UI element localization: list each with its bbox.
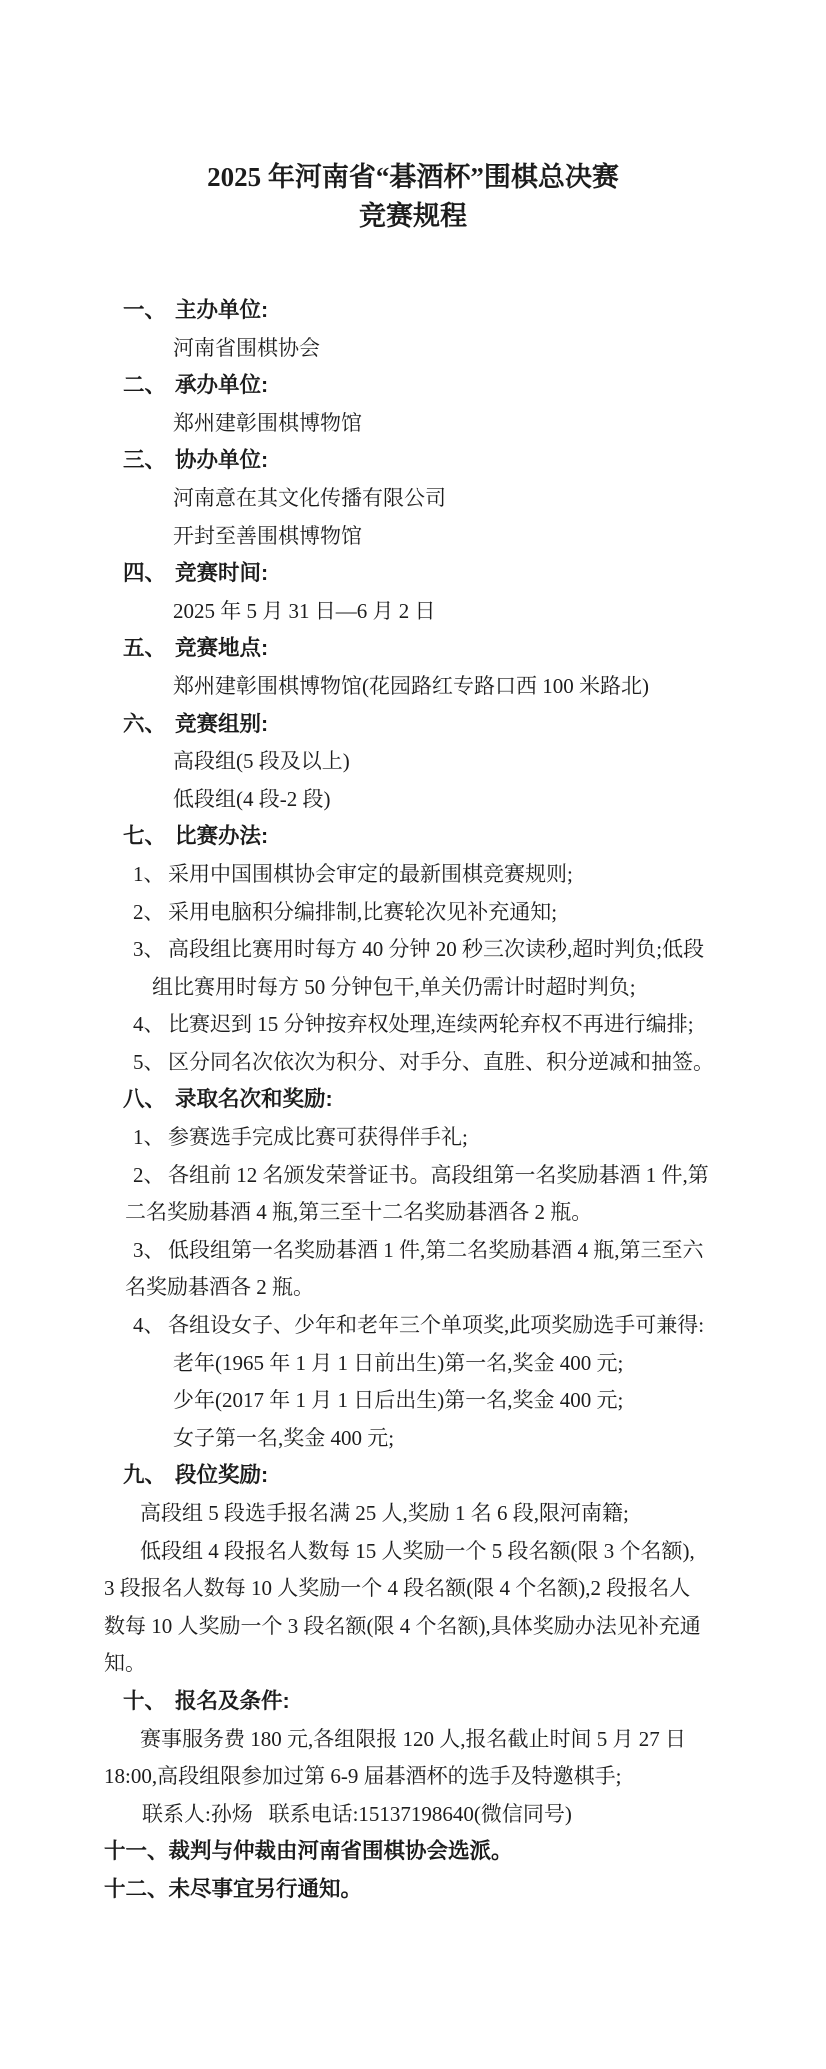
section-number: 三、	[123, 442, 175, 480]
section-number: 九、	[123, 1457, 175, 1495]
section-heading-5: 五、竞赛地点:	[0, 630, 826, 668]
item-number: 1、	[133, 1119, 168, 1157]
title-line-1: 2025 年河南省“碁酒杯”围棋总决赛	[0, 158, 826, 197]
list-item: 1、参赛选手完成比赛可获得伴手礼;	[0, 1119, 826, 1157]
text-line: 低段组 4 段报名人数每 15 人奖励一个 5 段名额(限 3 个名额),	[0, 1533, 826, 1571]
section-number: 二、	[123, 367, 175, 405]
section-heading-12: 十二、未尽事宜另行通知。	[0, 1871, 826, 1909]
text-line: 高段组 5 段选手报名满 25 人,奖励 1 名 6 段,限河南籍;	[0, 1495, 826, 1533]
section-heading-4: 四、竞赛时间:	[0, 555, 826, 593]
text-line: 2025 年 5 月 31 日—6 月 2 日	[0, 593, 826, 631]
text-line: 知。	[0, 1645, 826, 1683]
item-number: 3、	[133, 931, 168, 969]
text-line: 老年(1965 年 1 月 1 日前出生)第一名,奖金 400 元;	[0, 1345, 826, 1383]
text-line: 少年(2017 年 1 月 1 日后出生)第一名,奖金 400 元;	[0, 1382, 826, 1420]
text-line: 赛事服务费 180 元,各组限报 120 人,报名截止时间 5 月 27 日	[0, 1721, 826, 1759]
text-line: 低段组(4 段-2 段)	[0, 781, 826, 819]
section-heading-6: 六、竞赛组别:	[0, 706, 826, 744]
section-number: 十、	[123, 1683, 175, 1721]
item-number: 3、	[133, 1232, 168, 1270]
item-number: 2、	[133, 1157, 168, 1195]
document-title: 2025 年河南省“碁酒杯”围棋总决赛 竞赛规程	[0, 0, 826, 236]
item-number: 5、	[133, 1044, 168, 1082]
list-item: 4、比赛迟到 15 分钟按弃权处理,连续两轮弃权不再进行编排;	[0, 1006, 826, 1044]
section-number: 四、	[123, 555, 175, 593]
section-heading-9: 九、段位奖励:	[0, 1457, 826, 1495]
list-item: 2、采用电脑积分编排制,比赛轮次见补充通知;	[0, 894, 826, 932]
section-heading-11: 十一、裁判与仲裁由河南省围棋协会选派。	[0, 1833, 826, 1871]
list-item: 1、采用中国围棋协会审定的最新围棋竞赛规则;	[0, 856, 826, 894]
text-line: 二名奖励碁酒 4 瓶,第三至十二名奖励碁酒各 2 瓶。	[0, 1194, 826, 1232]
list-item: 3、高段组比赛用时每方 40 分钟 20 秒三次读秒,超时判负;低段	[0, 931, 826, 969]
section-number: 七、	[123, 818, 175, 856]
text-line: 18:00,高段组限参加过第 6-9 届碁酒杯的选手及特邀棋手;	[0, 1758, 826, 1796]
item-number: 4、	[133, 1006, 168, 1044]
text-line: 组比赛用时每方 50 分钟包干,单关仍需计时超时判负;	[0, 969, 826, 1007]
list-item: 3、低段组第一名奖励碁酒 1 件,第二名奖励碁酒 4 瓶,第三至六	[0, 1232, 826, 1270]
text-line: 高段组(5 段及以上)	[0, 743, 826, 781]
section-title: 比赛办法:	[175, 824, 268, 848]
text-line: 郑州建彰围棋博物馆	[0, 405, 826, 443]
section-number: 六、	[123, 706, 175, 744]
section-title: 段位奖励:	[175, 1463, 268, 1487]
item-number: 1、	[133, 856, 168, 894]
section-title: 录取名次和奖励:	[175, 1087, 333, 1111]
section-number: 八、	[123, 1081, 175, 1119]
item-number: 4、	[133, 1307, 168, 1345]
section-title: 竞赛地点:	[175, 636, 268, 660]
section-number: 一、	[123, 292, 175, 330]
section-title: 主办单位:	[175, 298, 268, 322]
text-line: 数每 10 人奖励一个 3 段名额(限 4 个名额),具体奖励办法见补充通	[0, 1608, 826, 1646]
text-line: 河南省围棋协会	[0, 330, 826, 368]
text-line: 女子第一名,奖金 400 元;	[0, 1420, 826, 1458]
text-line: 河南意在其文化传播有限公司	[0, 480, 826, 518]
document-page: 2025 年河南省“碁酒杯”围棋总决赛 竞赛规程 一、主办单位: 河南省围棋协会…	[0, 0, 826, 2069]
list-item: 4、各组设女子、少年和老年三个单项奖,此项奖励选手可兼得:	[0, 1307, 826, 1345]
section-heading-2: 二、承办单位:	[0, 367, 826, 405]
item-number: 2、	[133, 894, 168, 932]
list-item: 2、各组前 12 名颁发荣誉证书。高段组第一名奖励碁酒 1 件,第	[0, 1157, 826, 1195]
text-line: 名奖励碁酒各 2 瓶。	[0, 1269, 826, 1307]
contact-line: 联系人:孙炀 联系电话:15137198640(微信同号)	[0, 1796, 826, 1834]
text-line: 3 段报名人数每 10 人奖励一个 4 段名额(限 4 个名额),2 段报名人	[0, 1570, 826, 1608]
section-title: 承办单位:	[175, 373, 268, 397]
section-title: 竞赛时间:	[175, 561, 268, 585]
section-title: 竞赛组别:	[175, 712, 268, 736]
title-line-2: 竞赛规程	[0, 197, 826, 236]
section-heading-7: 七、比赛办法:	[0, 818, 826, 856]
section-heading-10: 十、报名及条件:	[0, 1683, 826, 1721]
text-line: 郑州建彰围棋博物馆(花园路红专路口西 100 米路北)	[0, 668, 826, 706]
text-line: 开封至善围棋博物馆	[0, 518, 826, 556]
section-heading-3: 三、协办单位:	[0, 442, 826, 480]
list-item: 5、区分同名次依次为积分、对手分、直胜、积分逆减和抽签。	[0, 1044, 826, 1082]
section-heading-8: 八、录取名次和奖励:	[0, 1081, 826, 1119]
section-heading-1: 一、主办单位:	[0, 292, 826, 330]
section-number: 五、	[123, 630, 175, 668]
section-title: 报名及条件:	[175, 1689, 290, 1713]
section-title: 协办单位:	[175, 448, 268, 472]
document-body: 一、主办单位: 河南省围棋协会 二、承办单位: 郑州建彰围棋博物馆 三、协办单位…	[0, 292, 826, 1909]
